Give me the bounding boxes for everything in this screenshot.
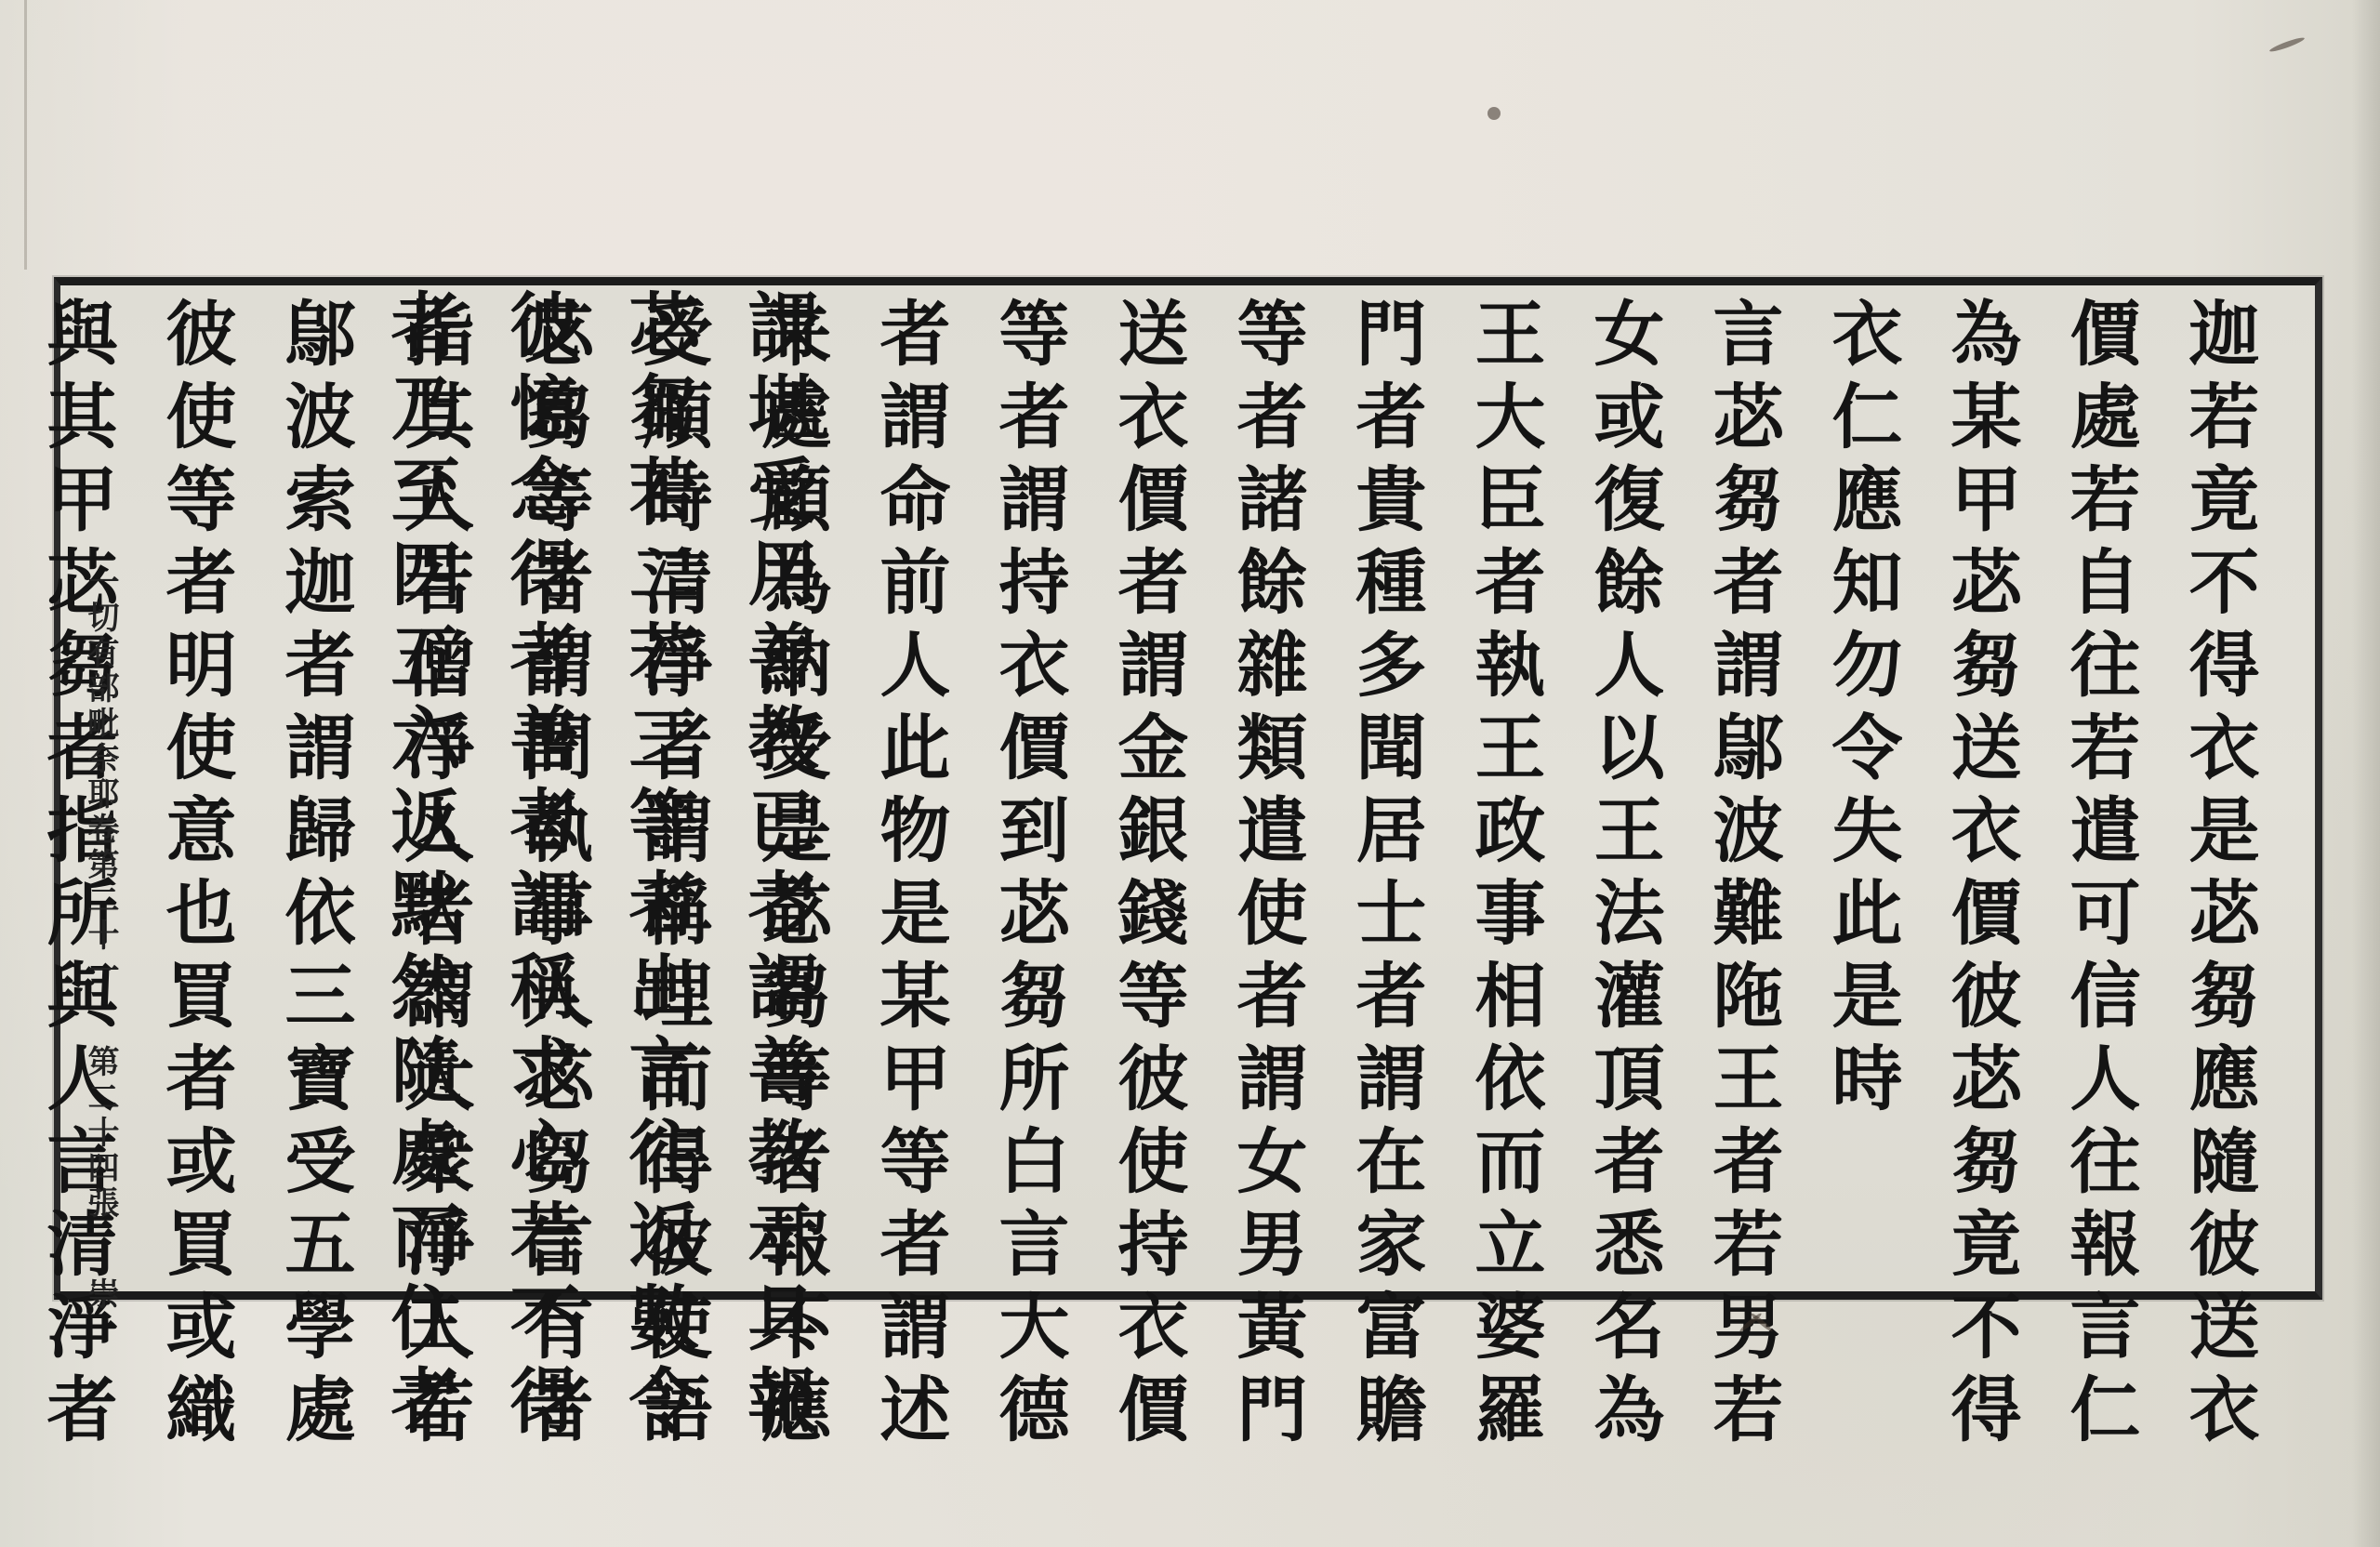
text-column: 迦若竟不得衣是苾芻應隨彼送衣 [2159,297,2278,1282]
paper-stain [1487,107,1501,120]
text-column: 衣仁應知勿令失此是時 [1802,297,1921,1282]
paper-fold-line [24,0,27,270]
margin-note-title: 一切有部毗奈耶卷第二十一 [82,565,119,989]
printed-text-frame: 迦若竟不得衣是苾芻應隨彼送衣 價處若自往若遣可信人往報言仁 為某甲苾芻送衣價彼苾… [54,277,2322,1300]
text-columns: 迦若竟不得衣是苾芻應隨彼送衣 價處若自往若遣可信人往報言仁 為某甲苾芻送衣價彼苾… [17,297,2278,1282]
text-column: 女或復餘人以王法灌頂者悉名為 [1564,297,1683,1282]
sutra-title-margin-note: 一切有部毗奈耶卷第二十一第二十四張崇 [82,565,119,1313]
text-column: 門者貴種多聞居士者謂在家富贍 [1326,297,1445,1282]
text-column: 價處若自往若遣可信人往報言仁 [2040,297,2159,1282]
margin-note-page: 第二十四張 [82,1045,119,1222]
text-column: 彼使等者明使意也買者或買或織 [136,297,255,1282]
text-column: 送衣價者謂金銀錢等彼使持衣價 [1088,297,1207,1282]
text-column: 受順時清淨者謂稱理而得彼使語 [612,297,731,1282]
text-column: 等者謂持衣價到苾芻所白言大德 [969,297,1088,1282]
text-column: 鄔波索迦者謂歸依三寶受五學處 [255,297,374,1282]
binding-edge-shadow [2352,0,2380,1547]
text-column: 来處顧為納受是苾芻等者報不應 [731,297,850,1282]
margin-note-mark: 崇 [82,1277,119,1313]
text-column: 為某甲苾芻送衣價彼苾芻竟不得 [1921,297,2040,1282]
text-column: 王大臣者執王政事相依而立婆羅 [1445,297,1564,1282]
text-column: 指其人若僧淨人者謂大衆淨人若 [374,297,493,1282]
text-column: 苾芻等者謂問執事人苾芻言有者 [493,297,612,1282]
text-column: 言苾芻者謂鄔波難陁王者若男若 [1683,297,1802,1282]
text-column: 者謂命前人此物是某甲等者謂述 [850,297,969,1282]
text-column: 等者諸餘雜類遣使者謂女男黃門 [1207,297,1326,1282]
